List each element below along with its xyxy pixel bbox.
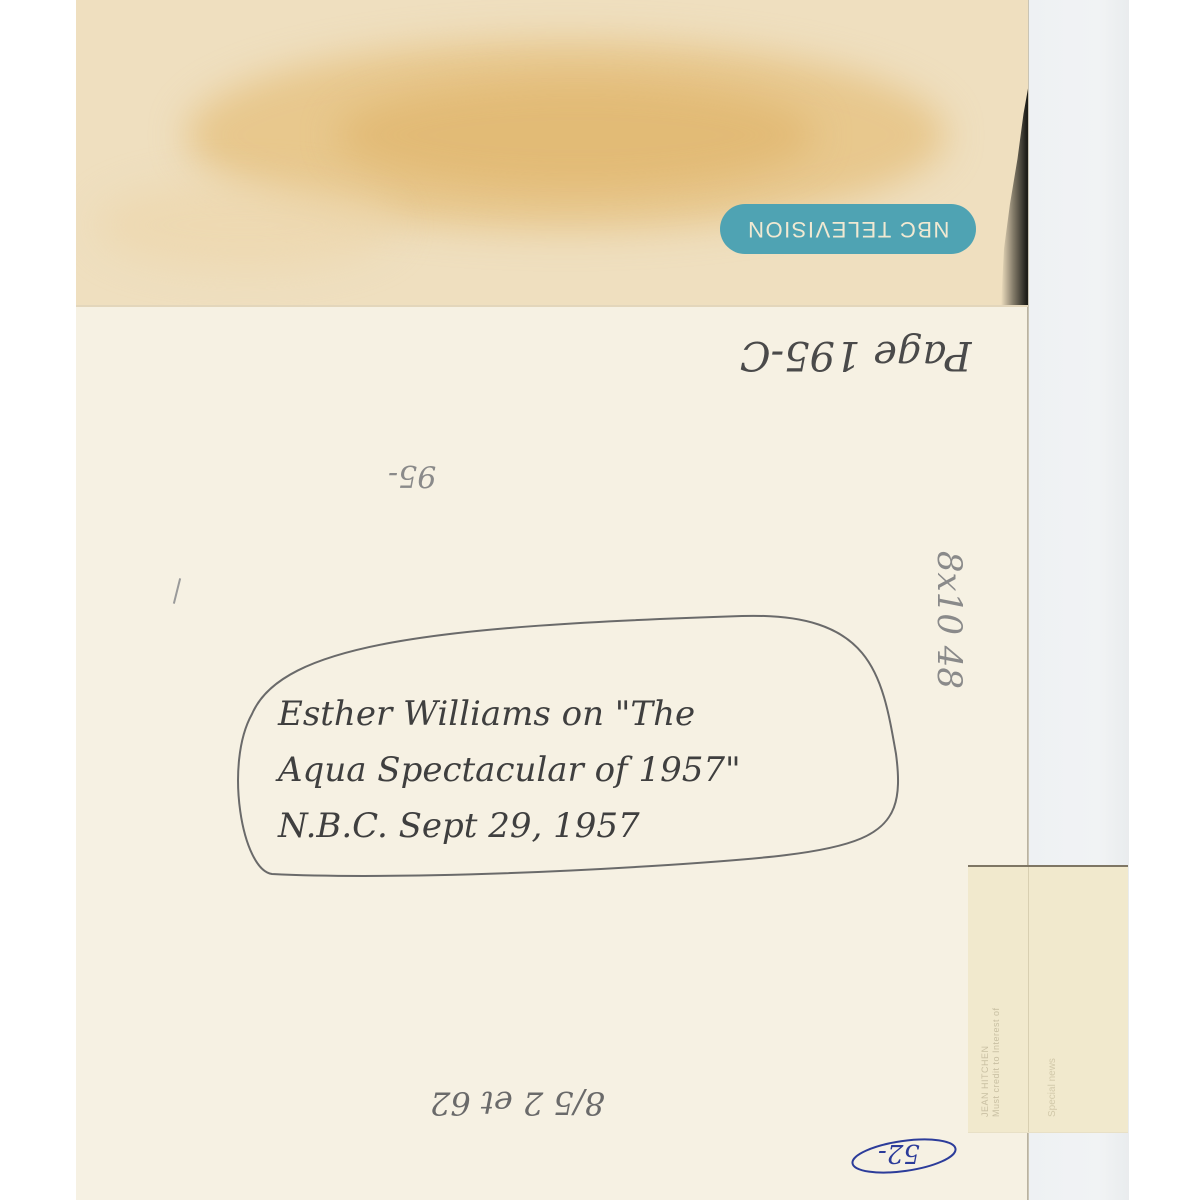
size-note: 8x10 48 <box>929 551 969 689</box>
caption-line: Esther Williams on "The <box>278 686 858 742</box>
blue-ink-number: 52- <box>878 1138 920 1168</box>
sticker-faded-text: Special news <box>1046 897 1106 1117</box>
water-stain <box>336 80 816 190</box>
nbc-television-stamp: NBC TELEVISION <box>720 204 976 254</box>
stamp-label: NBC TELEVISION <box>747 216 950 242</box>
page-number-note: Page 195-C <box>740 332 971 378</box>
stained-top-flap <box>76 0 1028 307</box>
bottom-pencil-note: 8/5 2 et 62 <box>430 1084 605 1122</box>
sticker-credit-text: JEAN HITCHEN Must credit to Interest of <box>980 897 1020 1117</box>
ink-smudge <box>1001 80 1028 305</box>
photo-caption: Esther Williams on "The Aqua Spectacular… <box>278 686 858 854</box>
sticker-fold <box>1028 867 1029 1132</box>
blue-ink-annotation: 52- <box>848 1136 960 1176</box>
credit-sticker: JEAN HITCHEN Must credit to Interest of … <box>968 865 1128 1132</box>
caption-line: N.B.C. Sept 29, 1957 <box>278 798 858 854</box>
number-note: 95- <box>388 458 436 493</box>
caption-line: Aqua Spectacular of 1957" <box>278 742 858 798</box>
water-stain <box>96 180 396 270</box>
